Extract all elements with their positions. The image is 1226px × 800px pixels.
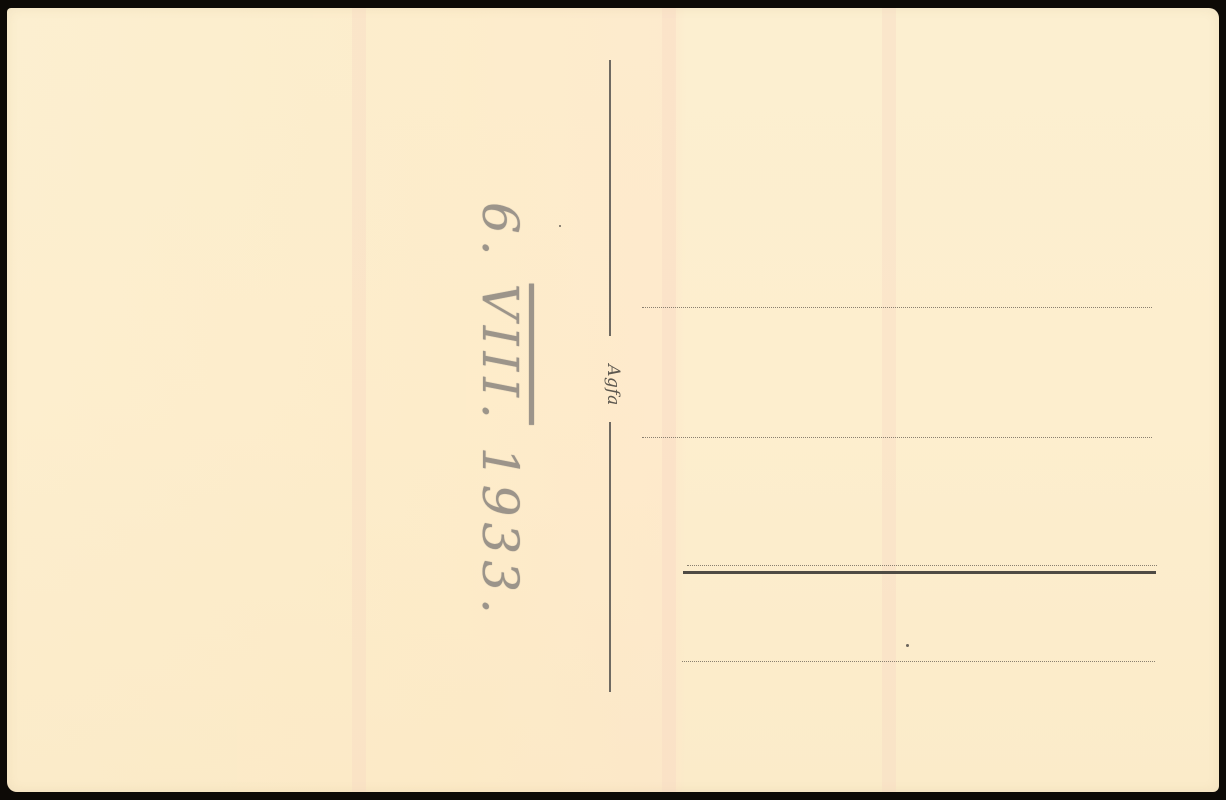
postcard-scan: 6. VIII. 1933. Agfa — [0, 0, 1226, 800]
date-month: VIII. — [471, 284, 529, 425]
address-line-1 — [642, 307, 1152, 308]
address-line-5 — [682, 661, 1155, 662]
center-divider-bottom — [609, 422, 611, 692]
center-divider-top — [609, 60, 611, 336]
date-year: 1933. — [471, 447, 529, 620]
postcard-back: 6. VIII. 1933. Agfa — [7, 8, 1219, 792]
ink-speck — [906, 644, 909, 647]
address-line-3 — [687, 565, 1157, 566]
paper-fold-stripe — [662, 8, 676, 792]
address-line-2 — [642, 437, 1152, 438]
paper-fold-stripe — [882, 8, 896, 792]
handwritten-date: 6. VIII. 1933. — [465, 202, 535, 582]
ink-speck — [559, 225, 561, 227]
paper-fold-stripe — [352, 8, 366, 792]
brand-logo: Agfa — [598, 355, 628, 415]
date-day: 6. — [471, 202, 529, 262]
address-line-4-solid — [683, 571, 1156, 574]
